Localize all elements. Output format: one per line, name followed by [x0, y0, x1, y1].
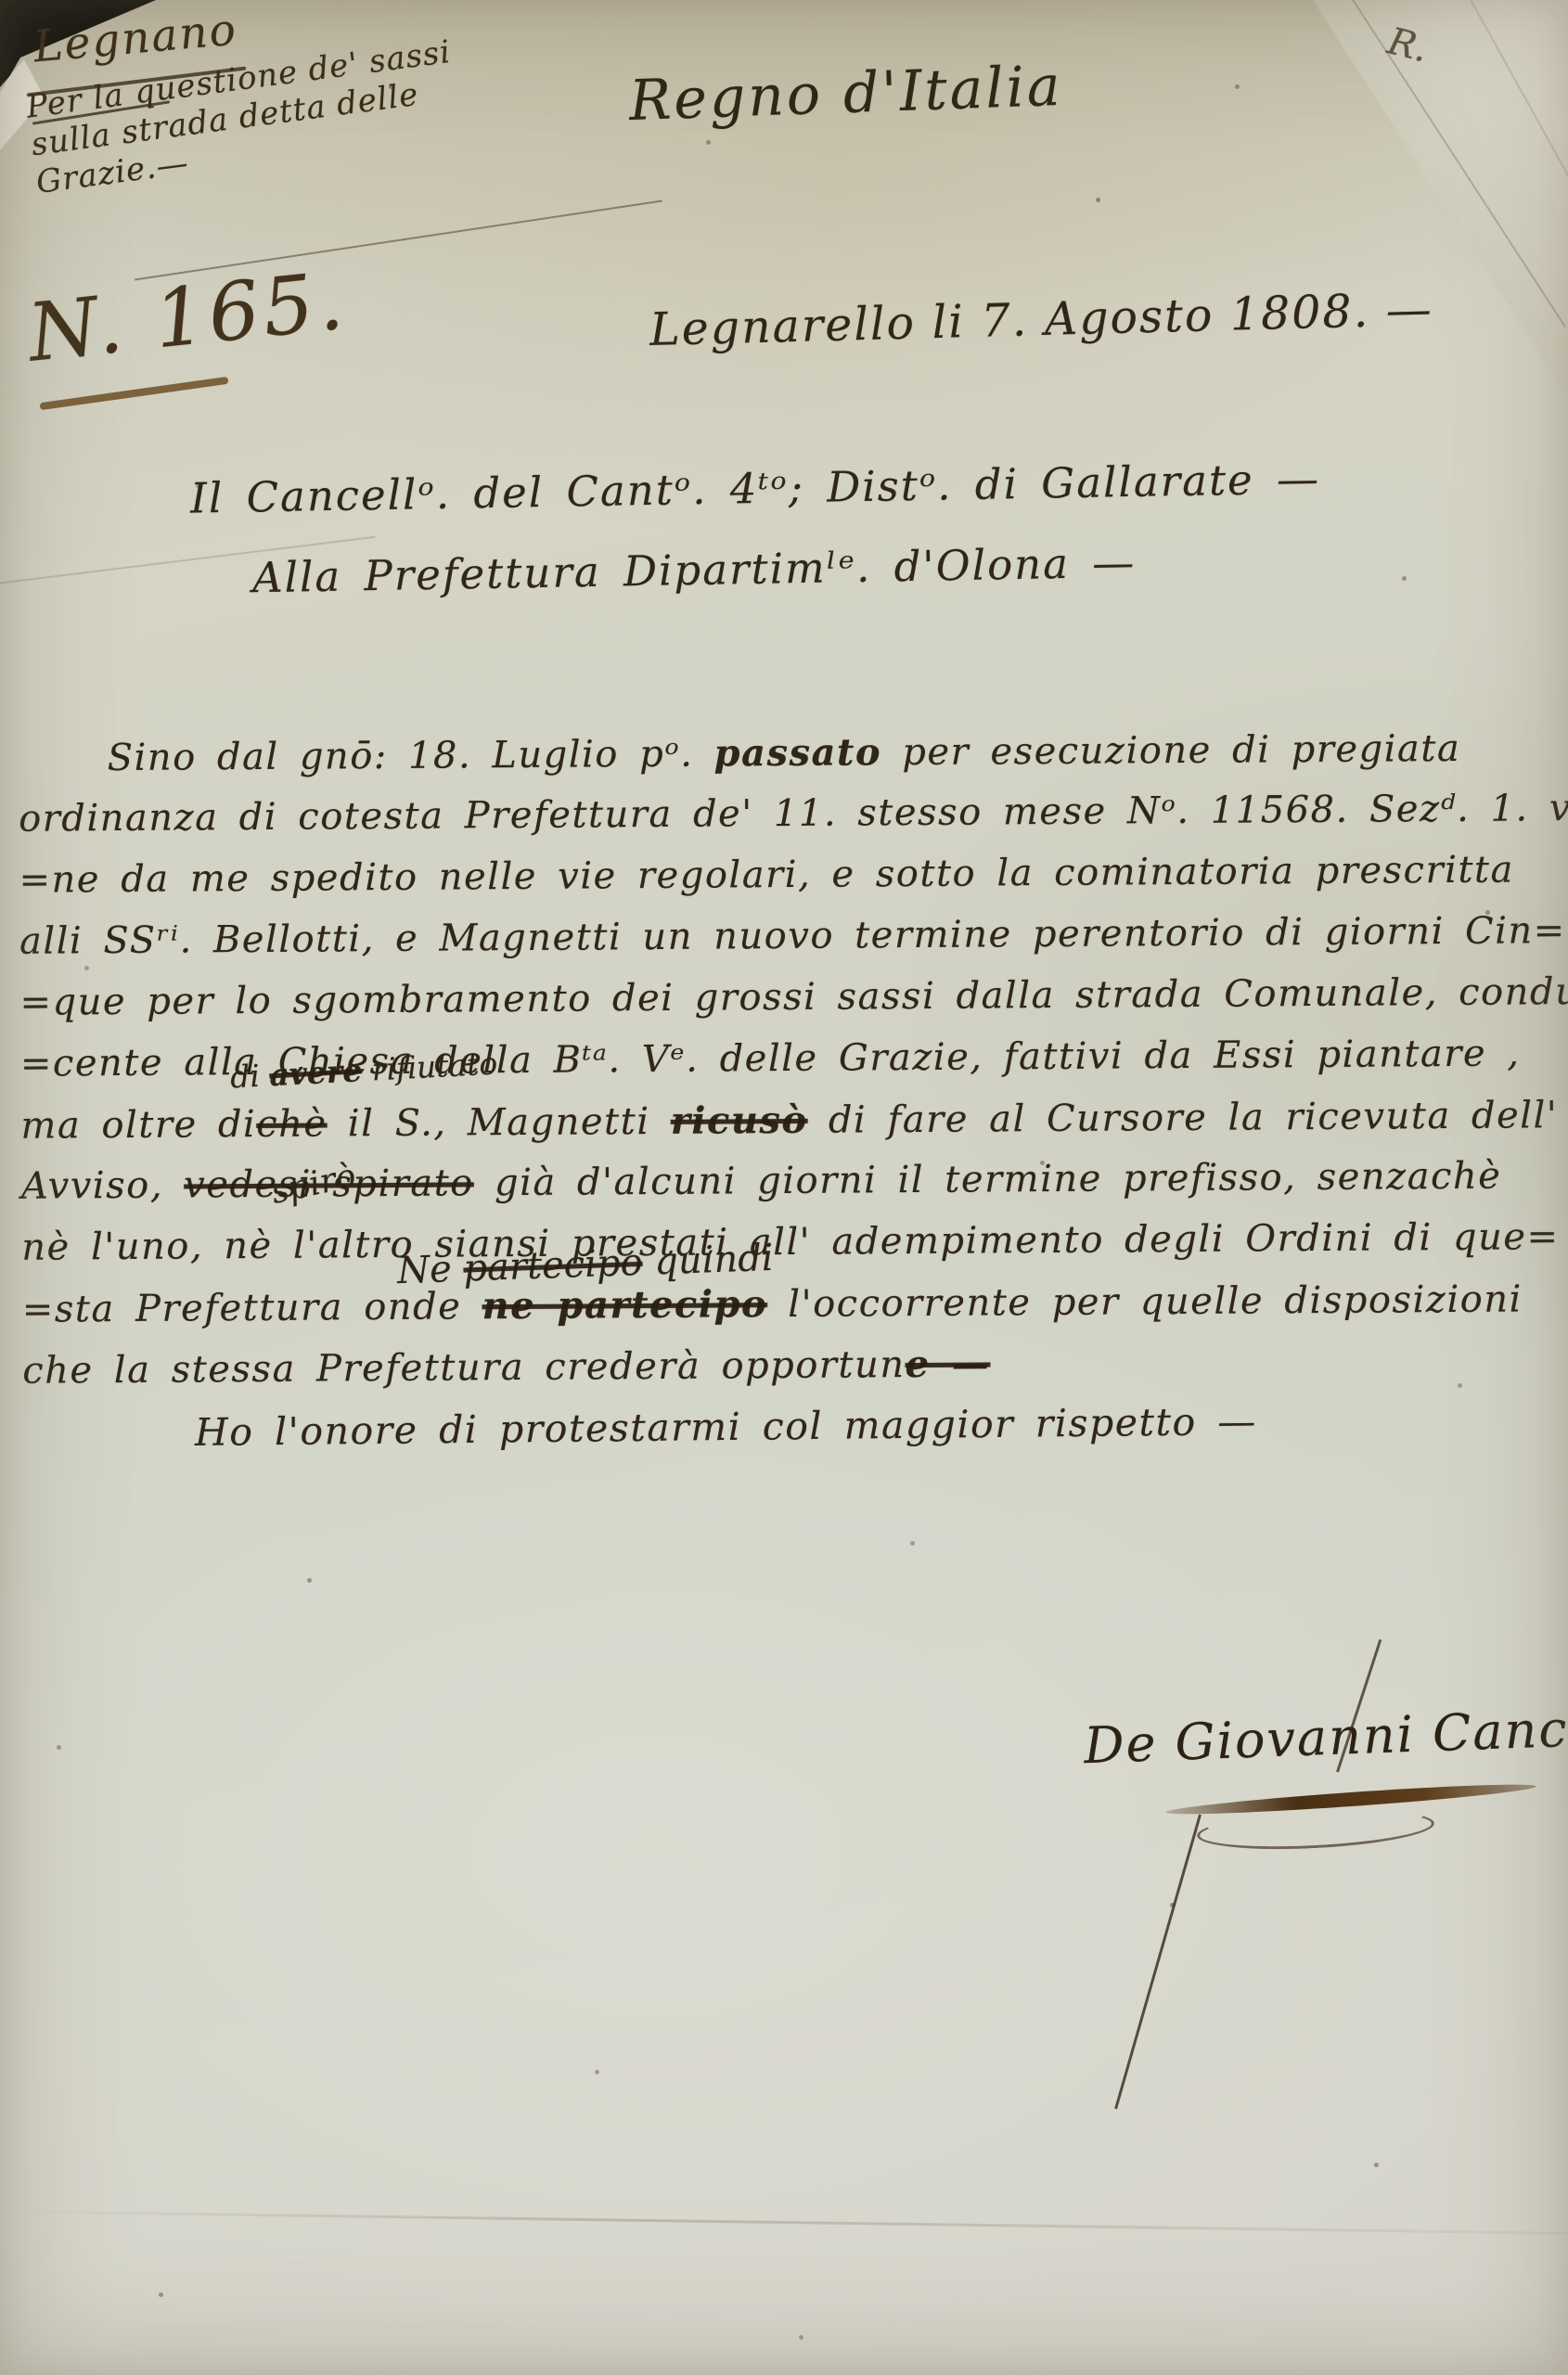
paper-specks: [0, 0, 3, 3]
text-segment: l'occorrente per quelle disposizioni: [767, 1277, 1523, 1326]
text-segment: quindi: [642, 1237, 775, 1284]
text-segment: di: [229, 1057, 270, 1095]
sender-line: Il Cancellᵒ. del Cantᵒ. 4ᵗᵒ; Distᵒ. di G…: [190, 454, 1321, 522]
text-segment: Sino dal gnō: 18. Luglio pᵒ.: [107, 733, 713, 780]
text-segment: il S., Magnetti: [327, 1100, 670, 1146]
text-segment: che la stessa Prefettura crederà opportu…: [22, 1343, 906, 1393]
paper-crease: [0, 2210, 1568, 2235]
text-segment: =ne da me spedito nelle vie regolari, e …: [19, 849, 1514, 902]
recipient-line: Alla Prefettura Dipartimˡᵉ. d'Olona —: [252, 538, 1137, 603]
text-segment: per esecuzione di pregiata: [881, 727, 1460, 774]
protocol-number: N. 165.: [24, 254, 351, 379]
body-line: Sino dal gnō: 18. Luglio pᵒ. passato per…: [18, 725, 1549, 798]
text-segment: Avviso,: [21, 1164, 185, 1208]
text-segment: ne partecipo: [482, 1282, 767, 1328]
body-line: che la stessa Prefettura crederà opportu…: [22, 1338, 1553, 1410]
body-line: nè l'uno, nè l'altro siansi prestati all…: [21, 1215, 1552, 1288]
folded-corner: [1313, 0, 1568, 399]
document-title: Regno d'Italia: [628, 54, 1064, 134]
body-line: =ne da me spedito nelle vie regolari, e …: [19, 848, 1549, 920]
text-segment: ma oltre di: [20, 1103, 256, 1148]
manuscript-page: Legnano Per la questione de' sassi sulla…: [0, 0, 1568, 2375]
text-segment: e —: [905, 1342, 990, 1386]
body-line: alli SSʳⁱ. Bellotti, e Magnetti un nuovo…: [19, 909, 1550, 982]
text-segment: avere: [268, 1052, 363, 1093]
body-line: =que per lo sgombramento dei grossi sass…: [19, 970, 1550, 1043]
text-segment: ricusò: [671, 1098, 808, 1143]
body-line: ma oltre dichè il S., Magnetti ricusò di…: [20, 1093, 1551, 1165]
pen-stroke: [1114, 1815, 1202, 2110]
underline-stroke: [39, 377, 228, 410]
signature: De Giovanni Cancʳᵉ.: [1083, 1698, 1568, 1775]
body-line: =sta Prefettura onde ne partecipo l'occo…: [22, 1277, 1553, 1349]
text-segment: Ne: [396, 1248, 464, 1292]
text-segment: =sta Prefettura onde: [22, 1285, 482, 1330]
text-segment: passato: [713, 730, 881, 775]
body-line: Avviso, vedesi spirato già d'alcuni gior…: [21, 1154, 1552, 1226]
text-segment: chè: [256, 1102, 328, 1146]
dateline: Legnarello li 7. Agosto 1808. —: [649, 283, 1433, 356]
text-segment: rifiutato: [361, 1045, 498, 1088]
text-segment: di fare al Cursore la ricevuta dell': [807, 1094, 1558, 1142]
text-segment: già d'alcuni giorni il termine prefisso,…: [474, 1155, 1502, 1205]
body-line: ordinanza di cotesta Prefettura de' 11. …: [19, 787, 1549, 859]
text-segment: partecipo: [463, 1241, 644, 1290]
